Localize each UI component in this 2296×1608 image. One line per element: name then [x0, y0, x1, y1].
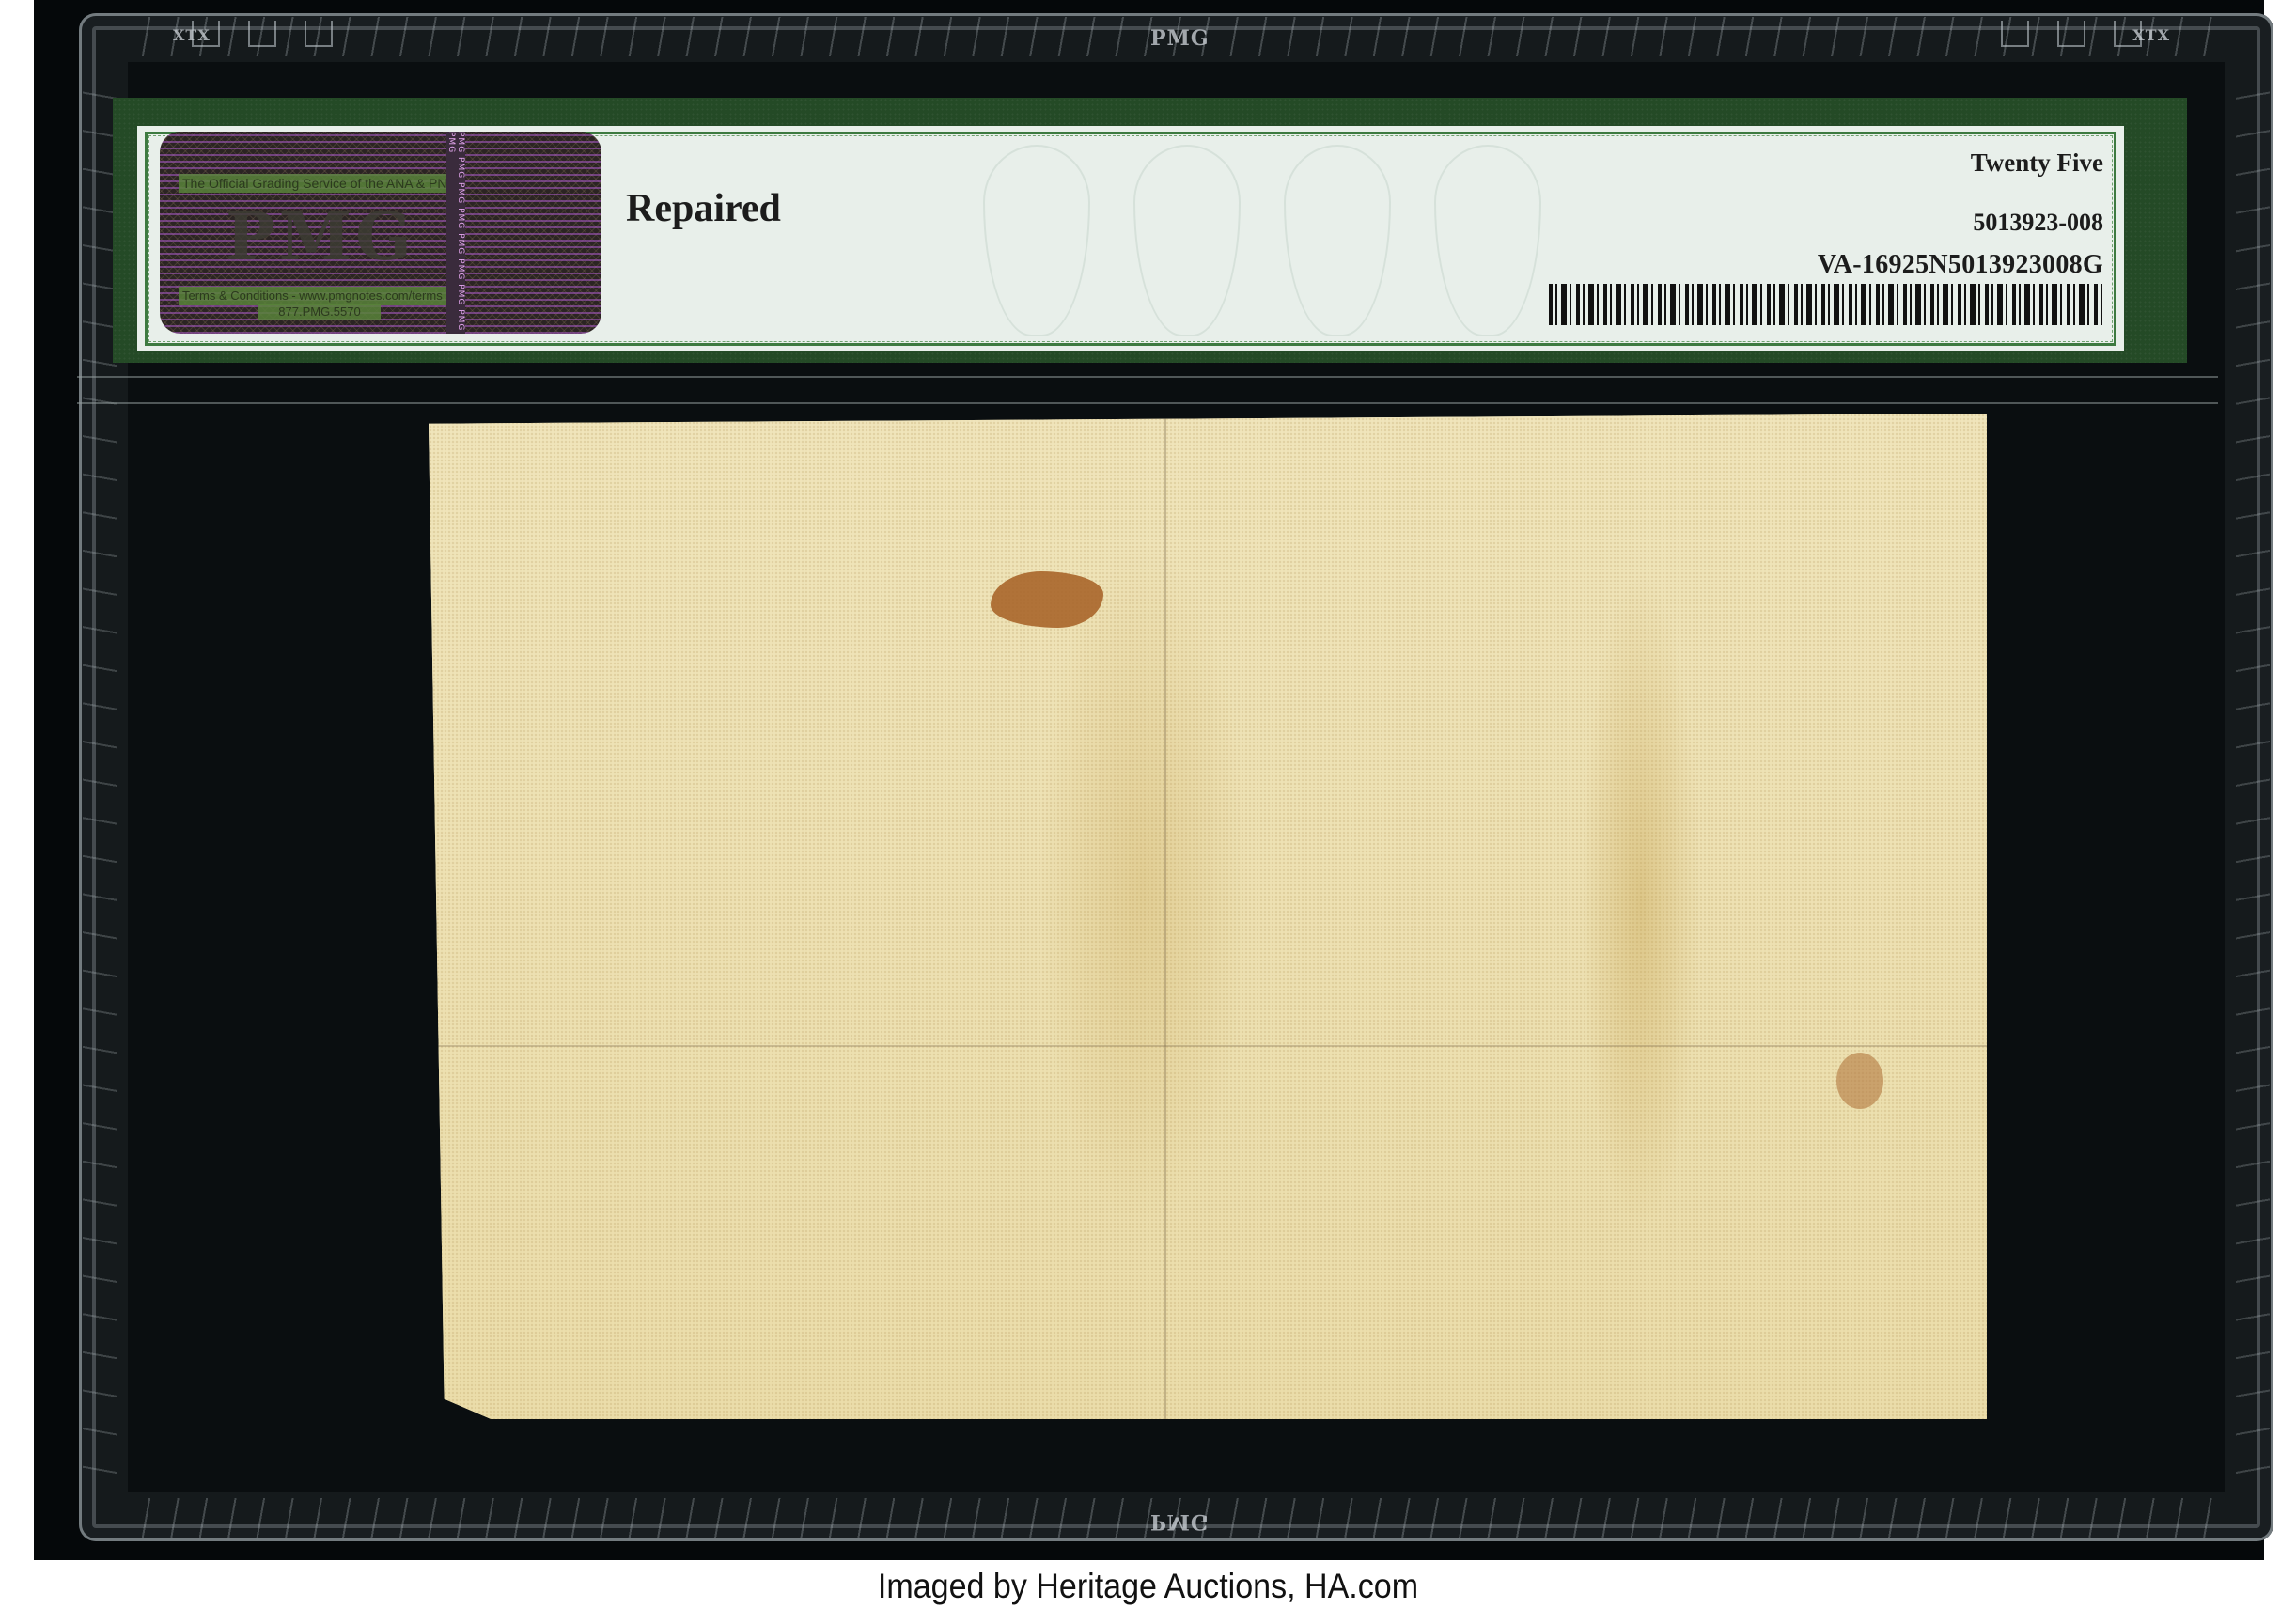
hologram-terms: Terms & Conditions - www.pmgnotes.com/te… — [179, 287, 450, 305]
hologram-tagline: The Official Grading Service of the ANA … — [179, 174, 450, 193]
denomination: Twenty Five — [1971, 148, 2103, 178]
banknote-back — [429, 414, 1987, 1419]
holder-brand-emboss-bottom: PMG — [1150, 1509, 1210, 1534]
holder-rail-left — [83, 70, 117, 1485]
fold-line-vertical — [1164, 414, 1166, 1419]
holder-notch — [305, 21, 333, 47]
holder-notch — [2001, 21, 2029, 47]
fold-line-horizontal — [429, 1045, 1987, 1047]
holder-notch — [192, 21, 220, 47]
grade-designation: Repaired — [626, 186, 781, 231]
stain — [991, 571, 1103, 628]
image-credit: Imaged by Heritage Auctions, HA.com — [92, 1567, 2205, 1606]
hologram-security-strip: PMG PMG PMG PMG PMG PMG PMG PMG PMG — [446, 132, 465, 334]
holder-notch — [2114, 21, 2142, 47]
holder-separator — [77, 376, 2218, 378]
catalog-code: VA-16925N5013923008G — [1818, 250, 2103, 280]
holder-notch — [2057, 21, 2085, 47]
barcode — [1549, 284, 2106, 325]
stain — [1836, 1053, 1883, 1109]
pmg-hologram: The Official Grading Service of the ANA … — [160, 132, 601, 334]
holder-rail-right — [2236, 70, 2270, 1485]
cert-number: 5013923-008 — [1973, 209, 2103, 237]
holder-separator — [77, 402, 2218, 404]
pmg-logo: PMG — [226, 197, 415, 275]
hologram-phone: 877.PMG.5570 — [258, 304, 381, 320]
holder-brand-emboss-top: PMG — [1150, 26, 1210, 51]
holder-notch — [248, 21, 276, 47]
